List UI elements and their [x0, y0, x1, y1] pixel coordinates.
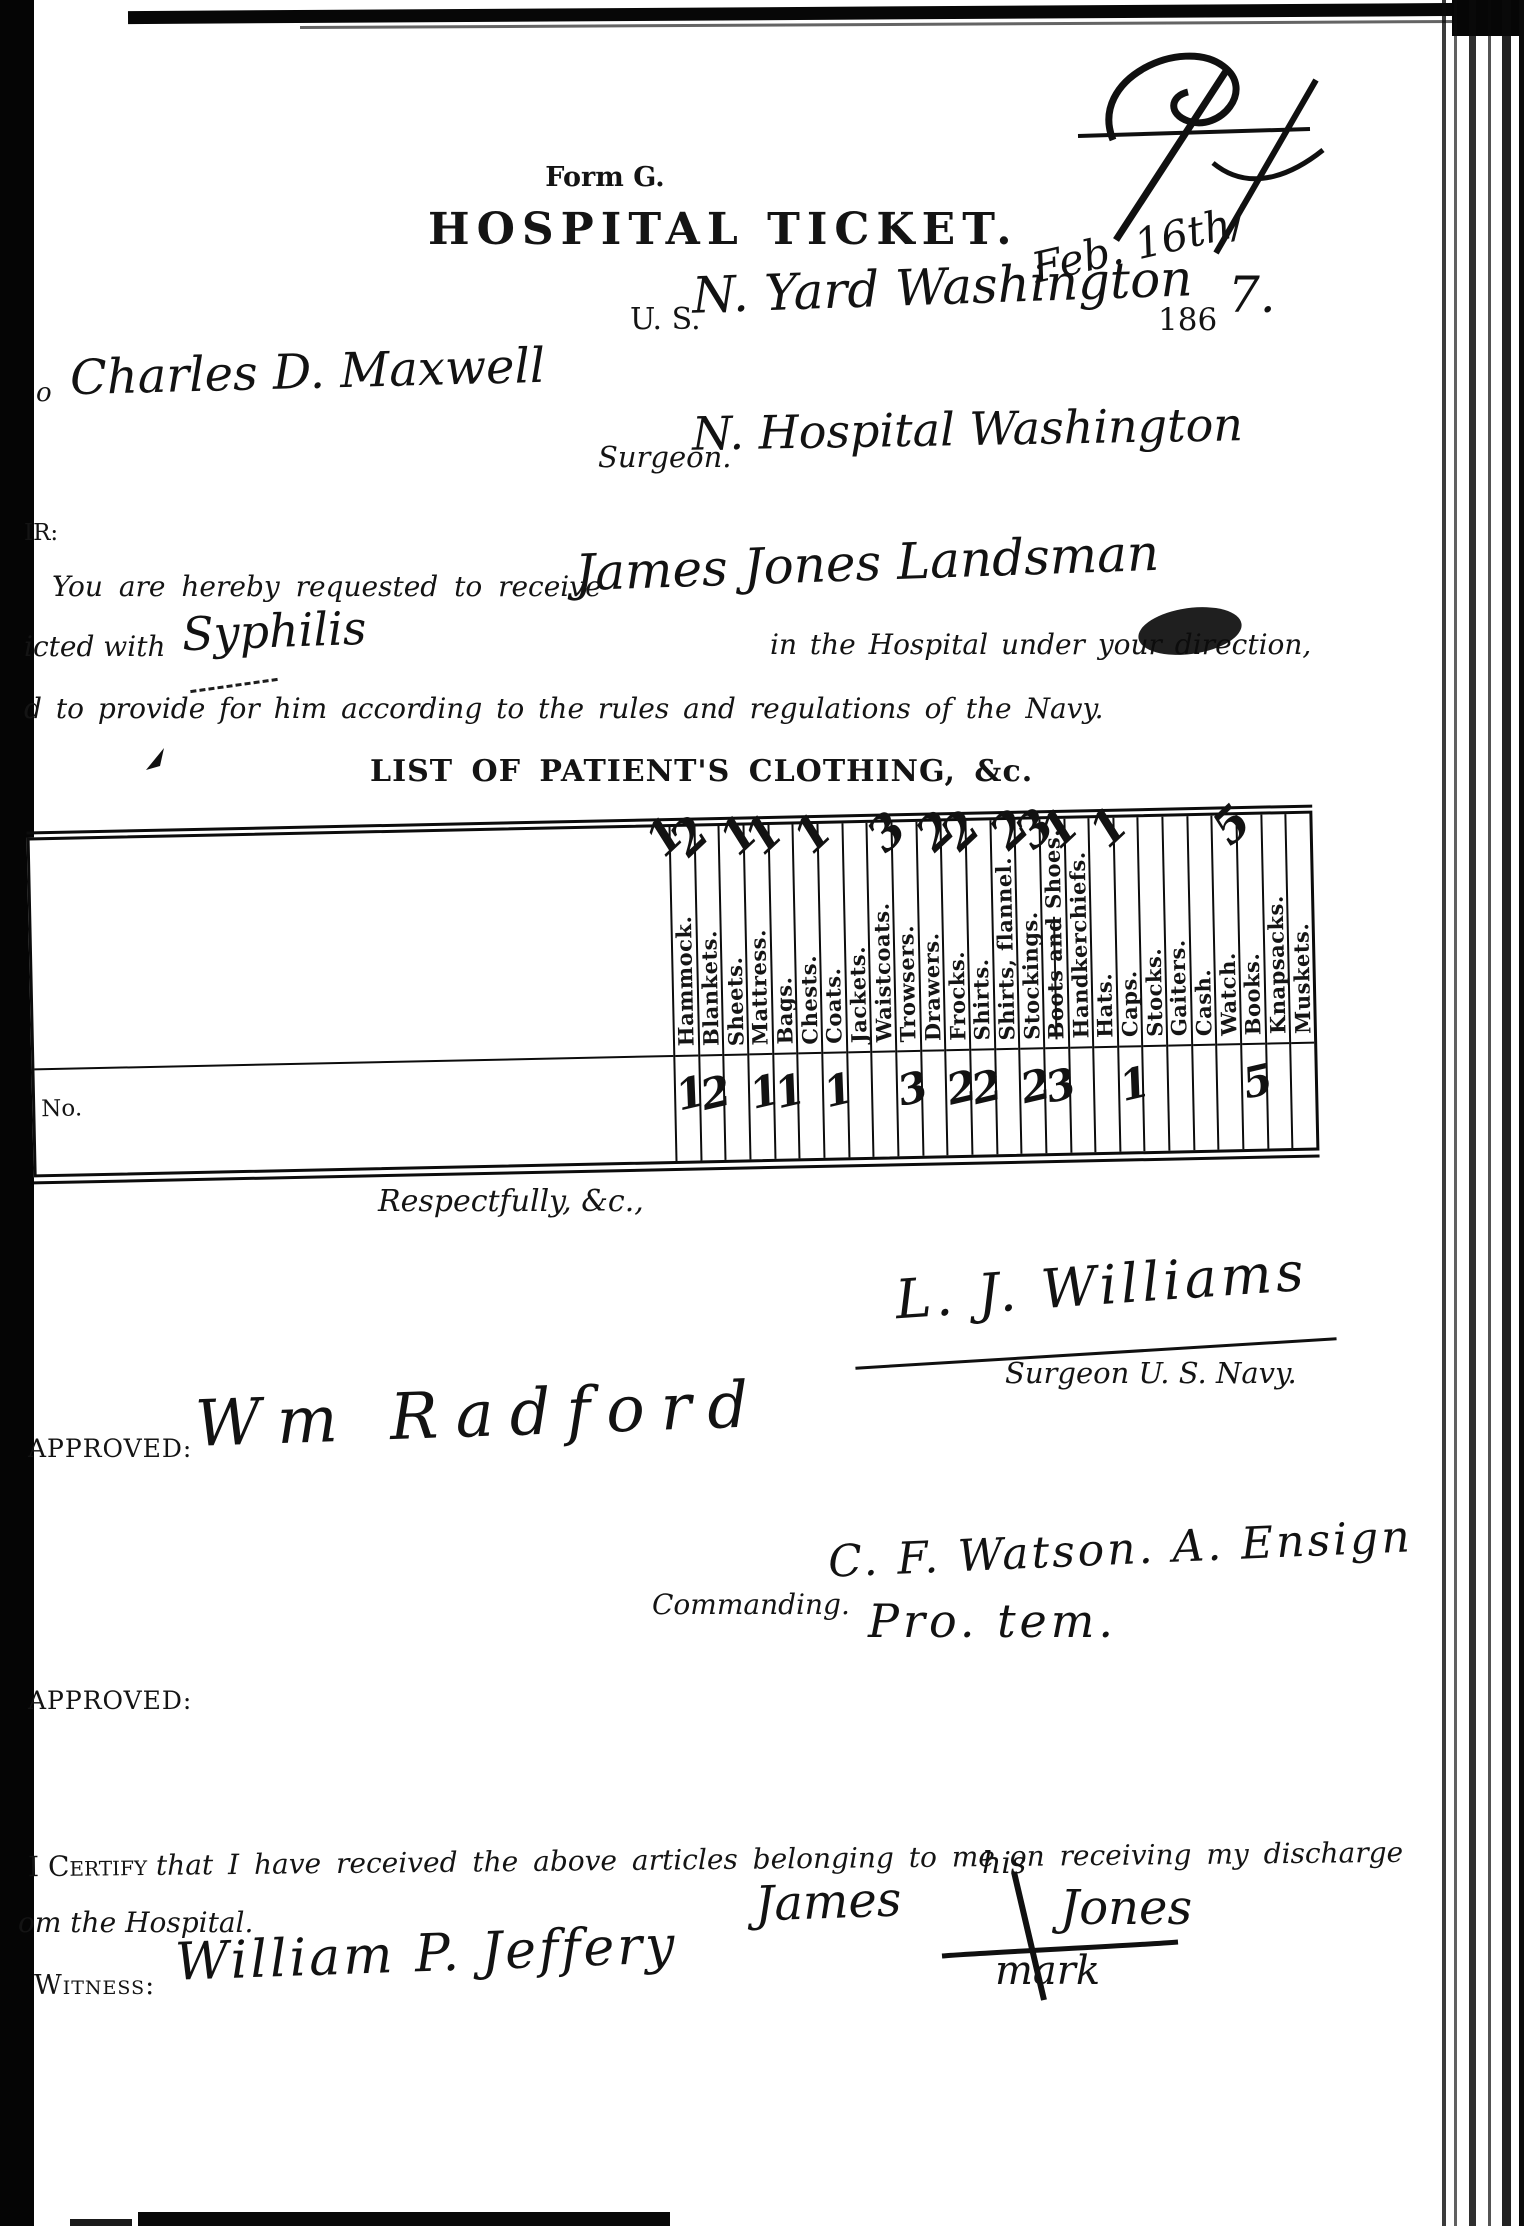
approved-label-2: APPROVED:: [28, 1686, 192, 1715]
binding-streak: [1502, 0, 1511, 2226]
column-label: Shirts.: [968, 958, 995, 1040]
count-cell: 2: [946, 1051, 970, 1129]
bottom-scan-bar: [138, 2212, 670, 2226]
count-cell: [1144, 1047, 1168, 1125]
form-number-label: Form G.: [520, 162, 690, 193]
count-cell: [848, 1053, 872, 1131]
column-label: Hammock.: [671, 916, 699, 1047]
count-cell: 1: [774, 1054, 798, 1132]
label-part: Hats.: [1092, 973, 1118, 1038]
binding-streak: [1442, 0, 1446, 2226]
label-part: Stockings.: [1016, 911, 1044, 1040]
binding-streak: [1469, 0, 1476, 2226]
label-part: Caps.: [1116, 971, 1142, 1038]
column-header-cell: Jackets.: [843, 823, 870, 1053]
count-cell: 3: [1045, 1049, 1069, 1127]
surgeon-title: Surgeon U. S. Navy.: [1005, 1356, 1297, 1390]
list-title: LIST OF PATIENT'S CLOTHING, &c.: [370, 754, 1033, 789]
label-part: Waistcoats.: [868, 903, 896, 1043]
label-part: Trowsers.: [893, 925, 920, 1043]
label-part: Handkerchiefs.: [1064, 851, 1093, 1038]
count-cell: [1193, 1046, 1217, 1124]
column-label: Bags.: [771, 977, 797, 1045]
provide-clause-fragment: d to provide for him according to the ru…: [24, 692, 1104, 725]
empty-header-cell: [30, 827, 674, 1070]
bottom-scan-bar-small: [70, 2219, 132, 2226]
column-label: Shirts, flannel.: [991, 856, 1020, 1040]
count-cell: [1070, 1048, 1094, 1126]
count-cell: [1218, 1045, 1242, 1123]
label-part: Muskets.: [1288, 922, 1315, 1034]
count-cell: 3: [897, 1052, 921, 1130]
count-cell: 2: [700, 1056, 724, 1134]
column-header-cell: 1 Handkerchiefs.: [1065, 818, 1092, 1048]
patient-signature-first: James: [754, 1871, 902, 1932]
row-label: No.: [34, 1057, 675, 1174]
number-row-label-column: No.: [30, 827, 678, 1174]
label-part: Books.: [1239, 952, 1266, 1035]
column-header-cell: 2 Shirts.: [966, 820, 993, 1050]
count-cell: 2: [1020, 1049, 1044, 1127]
label-part: Bags.: [771, 977, 797, 1045]
station-prefix: U. S.: [630, 302, 701, 337]
patient-signature-mark-word: mark: [995, 1948, 1100, 1994]
label-part: Chests.: [795, 954, 822, 1044]
column-label: Hats.: [1092, 973, 1118, 1038]
label-part: Stocks.: [1140, 948, 1167, 1037]
column-label: Handkerchiefs.: [1064, 851, 1093, 1038]
column-header-cell: Muskets.: [1287, 814, 1314, 1044]
count-cell: [873, 1052, 897, 1130]
column-label: Cash.: [1190, 968, 1216, 1036]
count-cell: 1: [823, 1053, 847, 1131]
column-label: Drawers.: [918, 933, 945, 1042]
count-cell: [1094, 1048, 1118, 1126]
label-part: Mattress.: [745, 929, 772, 1046]
affliction-prefix-fragment: icted with: [24, 630, 166, 663]
surgeon-signature: L. J. Williams: [893, 1240, 1309, 1332]
column-header-cell: Gaiters.: [1164, 816, 1191, 1046]
to-label-fragment: o: [36, 378, 52, 408]
column-label: Blankets.: [696, 930, 723, 1046]
column-label: Muskets.: [1288, 922, 1315, 1034]
label-part: Watch.: [1215, 952, 1242, 1036]
label-part: Cash.: [1190, 968, 1216, 1036]
salutation-fragment: IR:: [24, 520, 58, 546]
column-label: Mattress.: [745, 929, 772, 1046]
label-part: Blankets.: [696, 930, 723, 1046]
surgeon-station: N. Hospital Washington: [692, 397, 1244, 461]
column-label: Gaiters.: [1165, 939, 1192, 1036]
column-label: Coats.: [820, 967, 847, 1044]
clothing-columns: 1 Hammock. 1 2 Blankets. 2: [671, 814, 1317, 1161]
column-label: Waistcoats.: [868, 903, 896, 1043]
column-header-cell: Cash.: [1188, 816, 1215, 1046]
column-label: Caps.: [1116, 971, 1142, 1038]
witness-label: Witness:: [34, 1970, 155, 2001]
column-label: Jackets.: [844, 946, 871, 1044]
count-cell: [1168, 1046, 1192, 1124]
label-part: Coats.: [820, 967, 847, 1044]
label-part: Shirts.: [968, 958, 995, 1040]
certify-line: I Certify that I have received the above…: [28, 1836, 1403, 1883]
disease-name: Syphilis: [181, 601, 367, 661]
column-label: Trowsers.: [893, 925, 920, 1043]
commanding-signature-line1: C. F. Watson. A. Ensign: [827, 1511, 1413, 1587]
label-part: Drawers.: [918, 933, 945, 1042]
certify-lead: I Certify: [28, 1849, 147, 1883]
label-part: Hammock.: [671, 916, 699, 1047]
label-part: Sheets.: [721, 956, 748, 1046]
column-label: Sheets.: [721, 956, 748, 1046]
column-header-cell: 3 Trowsers.: [892, 822, 919, 1052]
label-part: Jackets.: [844, 946, 871, 1044]
left-binding-bar: [0, 0, 34, 2226]
column-header-cell: Knapsacks.: [1262, 814, 1289, 1044]
commanding-signature-line2: Pro. tem.: [868, 1594, 1117, 1648]
count-cell: 5: [1242, 1045, 1266, 1123]
patient-name: James Jones Landsman: [574, 524, 1160, 602]
count-cell: [1292, 1044, 1316, 1122]
column-header-cell: 1 Caps.: [1114, 817, 1141, 1047]
count-cell: 1: [1119, 1047, 1143, 1125]
clothing-table: No. 1 Hammock. 1 2 Blankets.: [27, 811, 1320, 1178]
column-header-cell: 5 Books.: [1237, 815, 1264, 1045]
addressee-name: Charles D. Maxwell: [69, 338, 545, 406]
approved-label-1: APPROVED:: [28, 1434, 192, 1463]
disease-underline: [190, 678, 278, 693]
right-binding-streaks: [1436, 0, 1524, 2226]
count-cell: 1: [675, 1056, 699, 1134]
column-label: Chests.: [795, 954, 822, 1044]
ink-tick-mark: [142, 744, 174, 774]
struck-label-part: Boots and: [1041, 916, 1069, 1039]
binding-streak: [1519, 0, 1524, 2226]
label-part: Knapsacks.: [1263, 895, 1291, 1034]
request-printed: You are hereby requested to receive: [52, 570, 602, 603]
count-cell: [799, 1054, 823, 1132]
label-part: Shirts, flannel.: [991, 856, 1020, 1040]
column-label: Stocks.: [1140, 948, 1167, 1037]
label-part: Gaiters.: [1165, 939, 1192, 1036]
commanding-label: Commanding.: [652, 1588, 850, 1621]
column-label: Knapsacks.: [1263, 895, 1291, 1034]
count-cell: [996, 1050, 1020, 1128]
count-cell: [725, 1055, 749, 1133]
label-part: Frocks.: [943, 951, 970, 1041]
year-handwritten: 7.: [1228, 266, 1276, 324]
binding-streak: [1454, 0, 1457, 2226]
respectfully-line: Respectfully, &c.,: [378, 1184, 644, 1219]
year-printed: 186: [1158, 302, 1217, 338]
count-cell: 1: [749, 1055, 773, 1133]
column-label: Watch.: [1215, 952, 1242, 1036]
column-label: Stockings.: [1016, 911, 1044, 1040]
hospital-ticket-scan: Form G. HOSPITAL TICKET. Feb. 16th/ U. S…: [0, 0, 1524, 2226]
column-label: Frocks.: [943, 951, 970, 1041]
column-header-cell: Stocks.: [1139, 817, 1166, 1047]
count-cell: [1267, 1044, 1291, 1122]
binding-streak: [1488, 0, 1491, 2226]
count-cell: [922, 1051, 946, 1129]
approved-signature: Wm Radford: [194, 1368, 766, 1462]
count-cell: 2: [971, 1050, 995, 1128]
column-header-cell: 1 Coats.: [818, 823, 845, 1053]
column-label: Books.: [1239, 952, 1266, 1035]
page-title: HOSPITAL TICKET.: [428, 204, 1019, 255]
handwritten-station: N. Yard Washington: [691, 249, 1193, 324]
column-header-cell: 1 Bags.: [769, 824, 796, 1054]
column-header-cell: 2 Blankets.: [695, 826, 722, 1056]
